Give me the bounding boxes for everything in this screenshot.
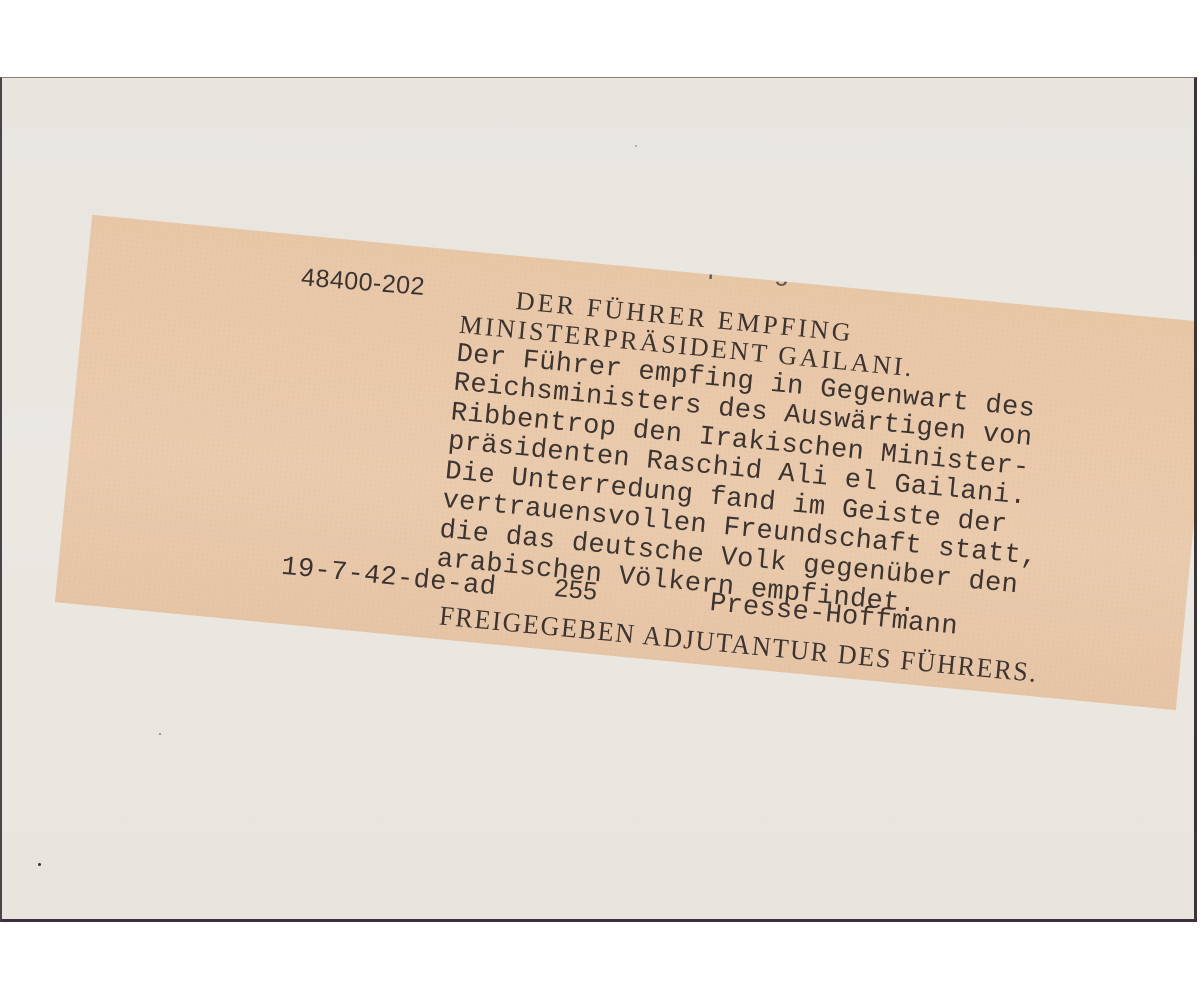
caption-strip: Der Führer empfing 48400-202 DER FÜHRER … bbox=[55, 215, 1197, 710]
dust-speck bbox=[38, 863, 41, 866]
photo-card-back: Der Führer empfing 48400-202 DER FÜHRER … bbox=[0, 77, 1197, 922]
reference-number: 48400-202 bbox=[300, 262, 426, 302]
dust-speck bbox=[159, 733, 161, 735]
cutoff-text-line: Der Führer empfing bbox=[492, 232, 792, 291]
dust-speck bbox=[635, 145, 637, 147]
caption-number: 255 bbox=[553, 573, 599, 607]
page: Der Führer empfing 48400-202 DER FÜHRER … bbox=[0, 0, 1200, 1000]
